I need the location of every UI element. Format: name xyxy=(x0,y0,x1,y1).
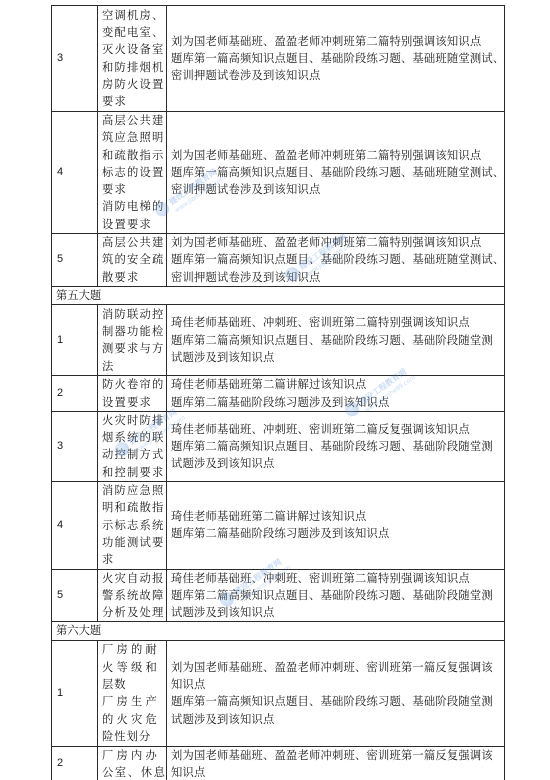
knowledge-point-table: 3 空调机房、 变配电室、 灭火设备室 和防排烟机 房防火设置 要求 刘为国老师… xyxy=(51,5,505,780)
topic-line: 高层公共建 xyxy=(102,234,163,251)
row-number: 4 xyxy=(52,482,98,569)
description-cell: 琦佳老师基础班、冲刺班、密训班第二篇特别强调该知识点 题库第二篇高频知识点题目、… xyxy=(167,305,505,376)
topic-line: 消防电梯的 xyxy=(102,198,163,215)
row-number: 5 xyxy=(52,569,98,622)
topic-cell: 消防联动控 制器功能检 测要求与方 法 xyxy=(98,305,167,376)
topic-cell: 高层公共建 筑的安全疏 散要求 xyxy=(98,234,167,287)
description-line: 知识点 xyxy=(171,764,500,780)
description-line: 题库第一篇高频知识点题目、基础阶段练习题、基础阶段随堂测 xyxy=(171,693,500,710)
topic-line: 制器功能检 xyxy=(102,323,163,340)
topic-line: 标志的设置 xyxy=(102,164,163,181)
description-cell: 琦佳老师基础班、冲刺班、密训班第二篇特别强调该知识点 题库第二篇高频知识点题目、… xyxy=(167,569,505,622)
table-row: 1 厂房的耐 火等级和 层数 厂房生产 的火灾危 险性划分 刘为国老师基础班、盈… xyxy=(52,640,505,746)
table-row: 1 消防联动控 制器功能检 测要求与方 法 琦佳老师基础班、冲刺班、密训班第二篇… xyxy=(52,305,505,376)
table-row: 5 火灾自动报 警系统故障 分析及处理 琦佳老师基础班、冲刺班、密训班第二篇特别… xyxy=(52,569,505,622)
description-cell: 琦佳老师基础班第二篇讲解过该知识点 题库第二篇基础阶段练习题涉及到该知识点 xyxy=(167,482,505,569)
topic-line: 厂房的耐 xyxy=(102,641,163,658)
description-line: 题库第二篇基础阶段练习题涉及到该知识点 xyxy=(171,394,500,411)
row-number: 1 xyxy=(52,305,98,376)
topic-cell: 厂房内办 公室、休息 xyxy=(98,746,167,780)
topic-line: 的火灾危 xyxy=(102,711,163,728)
topic-line: 消防联动控 xyxy=(102,306,163,323)
description-line: 试题涉及到该知识点 xyxy=(171,455,500,472)
description-line: 题库第二篇高频知识点题目、基础阶段练习题、基础阶段随堂测 xyxy=(171,587,500,604)
description-line: 琦佳老师基础班第二篇讲解过该知识点 xyxy=(171,376,500,393)
table-row: 3 火灾时防排 烟系统的联 动控制方式 和控制要求 琦佳老师基础班、冲刺班、密训… xyxy=(52,411,505,481)
topic-line: 设置要求 xyxy=(102,394,163,411)
document-page: 3 空调机房、 变配电室、 灭火设备室 和防排烟机 房防火设置 要求 刘为国老师… xyxy=(0,0,550,780)
topic-cell: 高层公共建 筑应急照明 和疏散指示 标志的设置 要求 消防电梯的 设置要求 xyxy=(98,112,167,234)
topic-line: 动控制方式 xyxy=(102,446,163,463)
description-line: 刘为国老师基础班、盈盈老师冲刺班第二篇特别强调该知识点 xyxy=(171,33,500,50)
topic-line: 分析及处理 xyxy=(102,604,163,621)
topic-cell: 防火卷帘的 设置要求 xyxy=(98,376,167,412)
section-header-row: 第五大题 xyxy=(52,286,505,304)
description-line: 刘为国老师基础班、盈盈老师冲刺班第二篇特别强调该知识点 xyxy=(171,147,500,164)
topic-cell: 火灾自动报 警系统故障 分析及处理 xyxy=(98,569,167,622)
section-title: 第六大题 xyxy=(52,622,505,640)
topic-line: 火灾时防排 xyxy=(102,412,163,429)
description-line: 刘为国老师基础班、盈盈老师冲刺班、密训班第一篇反复强调该 xyxy=(171,659,500,676)
description-cell: 刘为国老师基础班、盈盈老师冲刺班、密训班第一篇反复强调该 知识点 题库第一篇高频… xyxy=(167,640,505,746)
description-line: 题库第一篇高频知识点题目、基础阶段练习题、基础班随堂测试、 xyxy=(171,50,500,67)
topic-line: 层数 xyxy=(102,676,163,693)
topic-line: 火等级和 xyxy=(102,659,163,676)
section-title: 第五大题 xyxy=(52,286,505,304)
description-line: 密训押题试卷涉及到该知识点 xyxy=(171,181,500,198)
topic-line: 空调机房、 xyxy=(102,7,163,24)
topic-line: 火灾自动报 xyxy=(102,570,163,587)
topic-line: 和控制要求 xyxy=(102,464,163,481)
description-cell: 刘为国老师基础班、盈盈老师冲刺班第二篇特别强调该知识点 题库第一篇高频知识点题目… xyxy=(167,234,505,287)
description-line: 题库第一篇高频知识点题目、基础阶段练习题、基础班随堂测试、 xyxy=(171,251,500,268)
description-line: 刘为国老师基础班、盈盈老师冲刺班第二篇特别强调该知识点 xyxy=(171,234,500,251)
topic-cell: 厂房的耐 火等级和 层数 厂房生产 的火灾危 险性划分 xyxy=(98,640,167,746)
description-line: 刘为国老师基础班、盈盈老师冲刺班、密训班第一篇反复强调该 xyxy=(171,747,500,764)
description-line: 知识点 xyxy=(171,676,500,693)
description-line: 试题涉及到该知识点 xyxy=(171,604,500,621)
topic-line: 厂房生产 xyxy=(102,693,163,710)
description-line: 题库第二篇高频知识点题目、基础阶段练习题、基础阶段随堂测 xyxy=(171,332,500,349)
description-cell: 刘为国老师基础班、盈盈老师冲刺班第二篇特别强调该知识点 题库第一篇高频知识点题目… xyxy=(167,6,505,112)
topic-line: 消防应急照 xyxy=(102,482,163,499)
description-cell: 琦佳老师基础班第二篇讲解过该知识点 题库第二篇基础阶段练习题涉及到该知识点 xyxy=(167,376,505,412)
row-number: 4 xyxy=(52,112,98,234)
row-number: 2 xyxy=(52,746,98,780)
description-line: 题库第一篇高频知识点题目、基础阶段练习题、基础班随堂测试、 xyxy=(171,164,500,181)
table-row: 4 消防应急照 明和疏散指 示标志系统 功能测试要 求 琦佳老师基础班第二篇讲解… xyxy=(52,482,505,569)
table-row: 4 高层公共建 筑应急照明 和疏散指示 标志的设置 要求 消防电梯的 设置要求 … xyxy=(52,112,505,234)
section-header-row: 第六大题 xyxy=(52,622,505,640)
topic-line: 和疏散指示 xyxy=(102,147,163,164)
description-line: 琦佳老师基础班、冲刺班、密训班第二篇特别强调该知识点 xyxy=(171,570,500,587)
topic-line: 烟系统的联 xyxy=(102,429,163,446)
topic-line: 高层公共建 xyxy=(102,112,163,129)
topic-line: 房防火设置 xyxy=(102,76,163,93)
topic-cell: 空调机房、 变配电室、 灭火设备室 和防排烟机 房防火设置 要求 xyxy=(98,6,167,112)
row-number: 2 xyxy=(52,376,98,412)
topic-cell: 消防应急照 明和疏散指 示标志系统 功能测试要 求 xyxy=(98,482,167,569)
topic-line: 设置要求 xyxy=(102,216,163,233)
topic-line: 功能测试要 xyxy=(102,534,163,551)
topic-line: 筑应急照明 xyxy=(102,129,163,146)
topic-line: 求 xyxy=(102,551,163,568)
topic-line: 筑的安全疏 xyxy=(102,251,163,268)
description-cell: 琦佳老师基础班、冲刺班、密训班第二篇反复强调该知识点 题库第二篇高频知识点题目、… xyxy=(167,411,505,481)
topic-line: 变配电室、 xyxy=(102,24,163,41)
topic-line: 防火卷帘的 xyxy=(102,376,163,393)
topic-line: 明和疏散指 xyxy=(102,499,163,516)
topic-line: 险性划分 xyxy=(102,728,163,745)
row-number: 5 xyxy=(52,234,98,287)
description-line: 密训押题试卷涉及到该知识点 xyxy=(171,67,500,84)
description-line: 琦佳老师基础班、冲刺班、密训班第二篇特别强调该知识点 xyxy=(171,314,500,331)
description-line: 题库第二篇基础阶段练习题涉及到该知识点 xyxy=(171,525,500,542)
topic-line: 公室、休息 xyxy=(102,764,163,780)
row-number: 1 xyxy=(52,640,98,746)
row-number: 3 xyxy=(52,411,98,481)
row-number: 3 xyxy=(52,6,98,112)
description-line: 试题涉及到该知识点 xyxy=(171,711,500,728)
topic-line: 灭火设备室 xyxy=(102,41,163,58)
description-line: 试题涉及到该知识点 xyxy=(171,349,500,366)
topic-line: 要求 xyxy=(102,93,163,110)
description-line: 琦佳老师基础班第二篇讲解过该知识点 xyxy=(171,508,500,525)
topic-line: 测要求与方 xyxy=(102,340,163,357)
topic-cell: 火灾时防排 烟系统的联 动控制方式 和控制要求 xyxy=(98,411,167,481)
topic-line: 散要求 xyxy=(102,269,163,286)
topic-line: 和防排烟机 xyxy=(102,59,163,76)
description-line: 琦佳老师基础班、冲刺班、密训班第二篇反复强调该知识点 xyxy=(171,421,500,438)
topic-line: 示标志系统 xyxy=(102,517,163,534)
table-row: 5 高层公共建 筑的安全疏 散要求 刘为国老师基础班、盈盈老师冲刺班第二篇特别强… xyxy=(52,234,505,287)
topic-line: 要求 xyxy=(102,181,163,198)
table-row: 2 防火卷帘的 设置要求 琦佳老师基础班第二篇讲解过该知识点 题库第二篇基础阶段… xyxy=(52,376,505,412)
table-row: 2 厂房内办 公室、休息 刘为国老师基础班、盈盈老师冲刺班、密训班第一篇反复强调… xyxy=(52,746,505,780)
description-line: 题库第二篇高频知识点题目、基础阶段练习题、基础阶段随堂测 xyxy=(171,438,500,455)
topic-line: 法 xyxy=(102,358,163,375)
description-cell: 刘为国老师基础班、盈盈老师冲刺班、密训班第一篇反复强调该 知识点 xyxy=(167,746,505,780)
topic-line: 厂房内办 xyxy=(102,747,163,764)
topic-line: 警系统故障 xyxy=(102,587,163,604)
description-cell: 刘为国老师基础班、盈盈老师冲刺班第二篇特别强调该知识点 题库第一篇高频知识点题目… xyxy=(167,112,505,234)
description-line: 密训押题试卷涉及到该知识点 xyxy=(171,269,500,286)
table-row: 3 空调机房、 变配电室、 灭火设备室 和防排烟机 房防火设置 要求 刘为国老师… xyxy=(52,6,505,112)
